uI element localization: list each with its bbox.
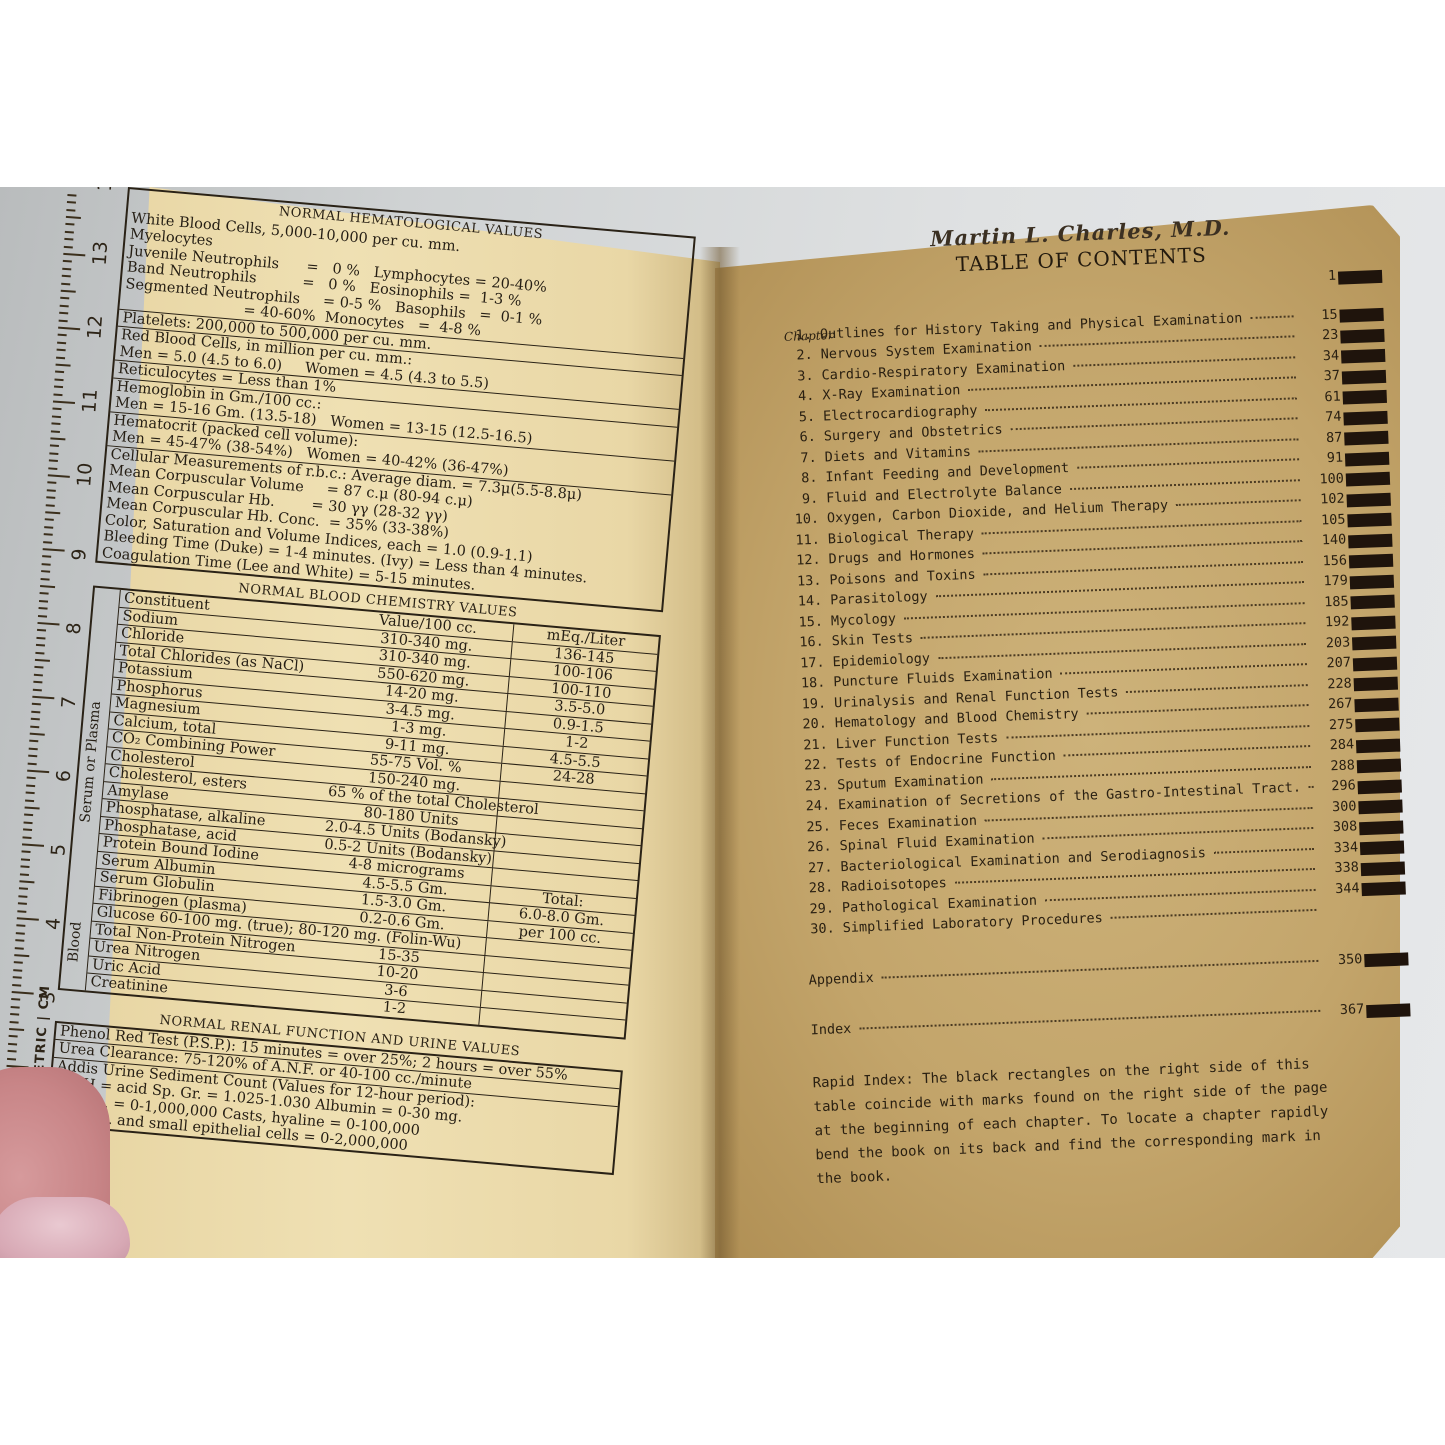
ruler-tick [18,895,27,898]
rapid-index-tab [1358,800,1402,815]
ruler-tick [13,976,22,979]
chapter-page: 61 [1304,388,1341,405]
chapter-number: 16. [795,634,824,651]
ruler-tick [60,305,69,308]
rapid-index-tab [1361,861,1405,876]
chapter-number: 22. [800,757,829,774]
ruler-tick [57,341,66,344]
ruler-number: 4 [42,917,65,931]
chapter-number: 10. [791,511,820,528]
ruler-tick [10,1021,19,1024]
ruler-tick [22,843,44,847]
ruler-tick [9,1035,18,1038]
ruler-tick [25,806,40,809]
chapter-page: 308 [1321,818,1358,835]
leader-dots [1061,663,1307,674]
toc-page-number: 1 [1300,268,1337,285]
leader-dots [1073,356,1295,367]
chapter-number: 28. [805,879,834,896]
hematology-lines: White Blood Cells, 5,000-10,000 per cu. … [97,210,692,610]
chapter-page: 334 [1322,839,1359,856]
ruler-tick [27,777,36,780]
ruler-number: 10 [73,462,97,488]
ruler-number: 13 [89,240,113,266]
ruler-tick [31,711,40,714]
rapid-index-tab [1348,533,1392,548]
ruler-tick [51,423,60,426]
ruler-tick [36,644,45,647]
ruler-tick [26,792,35,795]
ruler-tick [55,371,64,374]
chapter-number: 5. [787,408,816,425]
ruler-tick [47,489,56,492]
ruler-tick [11,998,20,1001]
ruler-tick [34,674,43,677]
ruler-tick [12,984,21,987]
ruler-tick [66,209,75,212]
index-page: 367 [1328,1001,1365,1018]
chapter-title: Radioisotopes [841,875,947,895]
chapter-number: 6. [788,429,817,446]
ruler-tick [65,223,74,226]
ruler-tick [32,703,41,706]
leader-dots [1006,725,1309,739]
rapid-index-tab [1354,677,1398,692]
ruler-tick [42,563,51,566]
ruler-tick [32,696,54,700]
rapid-index-tab [1345,452,1389,467]
ruler-tick [48,467,57,470]
chapter-page: 267 [1316,695,1353,712]
ruler-tick [22,836,31,839]
ruler-tick [10,1013,19,1016]
ruler-tick [29,740,38,743]
leader-dots [1214,847,1314,853]
leader-dots [1111,909,1317,919]
chapter-page: 192 [1313,613,1350,630]
ruler-tick [14,961,23,964]
chapter-page: 23 [1302,327,1339,344]
ruler-tick [28,762,37,765]
ruler-tick [36,637,45,640]
ruler-tick [18,902,27,905]
renal-box: Phenol Red Test (P.S.P.): 15 minutes = o… [46,1020,623,1174]
chapter-title: Epidemiology [832,650,930,670]
chemistry-rows: Constituent Value/100 cc. mEq./Liter Sod… [86,590,659,1037]
ruler-number: 8 [63,622,86,636]
leader-dots [1064,745,1310,756]
chapter-number: 4. [786,388,815,405]
ruler-tick [37,622,59,626]
blood-label: Blood [65,921,85,963]
rapid-index-tab [1352,636,1396,651]
chapter-page: 207 [1315,654,1352,671]
rapid-index-tab [1350,574,1394,589]
ruler-tick [38,607,47,610]
chapter-page: 344 [1323,880,1360,897]
ruler-tick [19,888,28,891]
ruler-tick [54,378,63,381]
ruler-tick [67,194,76,197]
ruler-tick [27,770,49,774]
ruler-tick [30,725,39,728]
rapid-index-tab [1343,390,1387,405]
chapter-page: 87 [1306,429,1343,446]
ruler-tick [43,548,65,552]
ruler-tick [64,238,73,241]
ruler-tick [35,659,50,662]
ruler-tick [11,1006,20,1009]
ruler-tick [17,917,39,921]
ruler-tick [39,600,48,603]
leader-dots [1126,684,1307,693]
ruler-tick [62,268,71,271]
ruler-number: 9 [68,548,91,562]
ruler-tick [20,866,29,869]
chapter-page: 74 [1305,409,1342,426]
rapid-index-tab [1341,349,1385,364]
chapter-page: 300 [1320,798,1357,815]
leader-dots [1250,315,1293,319]
rapid-index-note: Rapid Index: The black rectangles on the… [812,1051,1346,1191]
chapter-number: 2. [784,347,813,364]
chapter-title: Mycology [831,610,897,628]
ruler-tick [49,460,58,463]
ruler-tick [45,519,54,522]
chapter-number: 11. [792,531,821,548]
chapter-title: Skin Tests [831,630,913,649]
ruler-tick [38,615,47,618]
rapid-index-tab [1339,308,1383,323]
ruler-tick [12,991,34,995]
chapter-number: 1. [784,326,813,343]
ruler-tick [41,570,50,573]
chapter-page: 91 [1307,450,1344,467]
chapter-number: 17. [796,654,825,671]
chapter-number: 21. [799,736,828,753]
ruler-tick [8,1050,17,1053]
ruler-tick [66,216,81,219]
leader-dots [1011,417,1298,430]
chapter-number: 15. [795,613,824,630]
chapter-number: 20. [799,716,828,733]
leader-dots [1087,704,1309,715]
serum-label: Serum or Plasma [77,701,104,824]
chapter-page: 203 [1314,634,1351,651]
chapter-page: 179 [1312,572,1349,589]
chapter-number: 3. [785,367,814,384]
ruler-tick [47,482,56,485]
chapter-number: 26. [803,838,832,855]
ruler-number: 14 [94,187,118,192]
chapter-page: 156 [1311,552,1348,569]
ruler-tick [53,393,62,396]
rapid-index-tab [1356,738,1400,753]
ruler-tick [63,260,72,263]
ruler-tick [57,349,66,352]
rapid-index-tab [1340,329,1384,344]
ruler-tick [42,555,51,558]
chapter-number: 9. [790,490,819,507]
chapter-page: 228 [1315,675,1352,692]
chapter-page: 338 [1323,859,1360,876]
rapid-index-tab [1361,882,1405,897]
ruler-tick [8,1043,17,1046]
ruler-tick [44,533,53,536]
ruler-tick [54,386,63,389]
chapter-number: 23. [801,777,830,794]
rapid-index-tab [1357,759,1401,774]
rapid-index-tab [1358,779,1402,794]
rapid-index-tab [1366,1003,1410,1018]
chapter-page: 185 [1312,593,1349,610]
chapter-number: 29. [806,900,835,917]
ruler-tick [46,496,55,499]
ruler-tick [21,858,30,861]
ruler-tick [13,969,22,972]
rapid-index-tab [1344,431,1388,446]
leader-dots [1077,458,1299,469]
leader-dots [1309,786,1312,788]
ruler-tick [7,1057,16,1060]
ruler-number: 7 [58,695,81,709]
leader-dots [1070,479,1300,490]
ruler-tick [58,327,80,331]
rapid-index-tab [1364,953,1408,968]
ruler-tick [23,829,32,832]
ruler-tick [52,408,61,411]
ruler-tick [37,629,46,632]
ruler-tick [50,437,65,440]
chapter-page [1325,912,1361,913]
ruler-number: 5 [47,843,70,857]
ruler-tick [14,954,29,957]
ruler-number: 11 [78,388,102,414]
ruler-tick [62,275,71,278]
ruler-tick [46,504,55,507]
ruler-tick [33,681,42,684]
ruler-tick [48,474,70,478]
rapid-index-tab [1342,370,1386,385]
rapid-index-tab [1350,595,1394,610]
chapter-page: 275 [1317,716,1354,733]
ruler-tick [49,452,58,455]
index-label: Index [810,1021,851,1039]
chapter-number: 18. [797,675,826,692]
chapter-number: 27. [804,859,833,876]
chapter-number: 24. [802,798,831,815]
ruler-tick [24,814,33,817]
left-page-content: NORMAL HEMATOLOGICAL VALUES White Blood … [41,187,696,1233]
ruler-tick [20,873,29,876]
ruler-tick [58,334,67,337]
appendix-page: 350 [1326,951,1363,968]
ruler-tick [40,585,55,588]
chapter-number: 12. [792,552,821,569]
chapter-number: 30. [806,920,835,937]
photo: METRIC | CM 234567891011121314 NORMAL HE… [0,187,1445,1258]
leader-dots [1040,335,1295,347]
rapid-index-tab [1347,513,1391,528]
ruler-tick [34,666,43,669]
ruler-tick [64,245,73,248]
chapter-page: 105 [1309,511,1346,528]
ruler-tick [15,939,24,942]
ruler-tick [41,578,50,581]
ruler-tick [19,880,34,883]
rapid-index-tab [1346,493,1390,508]
ruler-tick [40,592,49,595]
ruler-tick [60,297,69,300]
ruler-tick [56,364,71,367]
leader-dots [1045,888,1316,900]
rapid-index-tab [1355,718,1399,733]
ruler-tick [59,319,68,322]
ruler-tick [56,356,65,359]
leader-dots [1043,827,1314,839]
chapter-number: 19. [798,695,827,712]
chapter-page: 102 [1308,491,1345,508]
ruler-tick [52,415,61,418]
ruler-tick [16,925,25,928]
ruler-tick [21,851,30,854]
ruler-tick [24,821,33,824]
chapter-page: 37 [1304,368,1341,385]
ruler-tick [15,947,24,950]
rapid-index-tab [1351,615,1395,630]
ruler-tick [33,688,42,691]
ruler-tick [59,312,68,315]
chemistry-table: Serum or Plasma Blood Constituent Value/… [58,585,661,1039]
rapid-index-tab [1353,656,1397,671]
chapter-number: 8. [789,470,818,487]
leader-dots [1176,499,1301,506]
ruler-tick [61,290,76,293]
chapter-number: 13. [793,572,822,589]
chapter-number: 7. [788,449,817,466]
chapter-page: 100 [1308,470,1345,487]
fingernail [0,1197,130,1258]
ruler-tick [43,541,52,544]
chapter-page: 140 [1310,531,1347,548]
ruler-tick [26,784,35,787]
ruler-tick [25,799,34,802]
rapid-index-tab [1343,411,1387,426]
ruler-number: 12 [83,314,107,340]
hematology-box: NORMAL HEMATOLOGICAL VALUES White Blood … [95,187,696,612]
ruler-number: 6 [53,769,76,783]
chapter-title: Parasitology [830,589,928,609]
appendix-label: Appendix [808,969,874,987]
rapid-index-tab [1349,554,1393,569]
chapter-page: 288 [1319,757,1356,774]
ruler-tick [35,651,44,654]
ruler-tick [61,282,70,285]
rapid-index-tab [1354,697,1398,712]
chapter-page: 296 [1319,777,1356,794]
ruler-tick [16,932,25,935]
ruler-tick [51,430,60,433]
ruler-tick [63,253,85,257]
chapter-number: 25. [803,818,832,835]
ruler-tick [29,747,38,750]
ruler-tick [67,201,76,204]
ruler-tick [31,718,40,721]
chapter-page: 15 [1301,306,1338,323]
table-of-contents: Martin L. Charles, M.D. TABLE OF CONTENT… [780,209,1416,1181]
ruler-tick [30,733,45,736]
rapid-index-tab [1360,841,1404,856]
ruler-tick [53,400,75,404]
ruler-tick [28,755,37,758]
ruler-tick [45,511,60,514]
chapter-page: 34 [1303,347,1340,364]
ruler-tick [65,231,74,234]
ruler-tick [50,445,59,448]
ruler-tick [44,526,53,529]
rapid-index-tab [1359,820,1403,835]
ruler-tick [17,910,26,913]
ruler-tick [9,1028,24,1031]
chapter-number: 14. [794,593,823,610]
rapid-index-tab [1346,472,1390,487]
rapid-index-tab [1338,270,1382,285]
book-gutter [700,247,740,1258]
chapter-page: 284 [1318,736,1355,753]
